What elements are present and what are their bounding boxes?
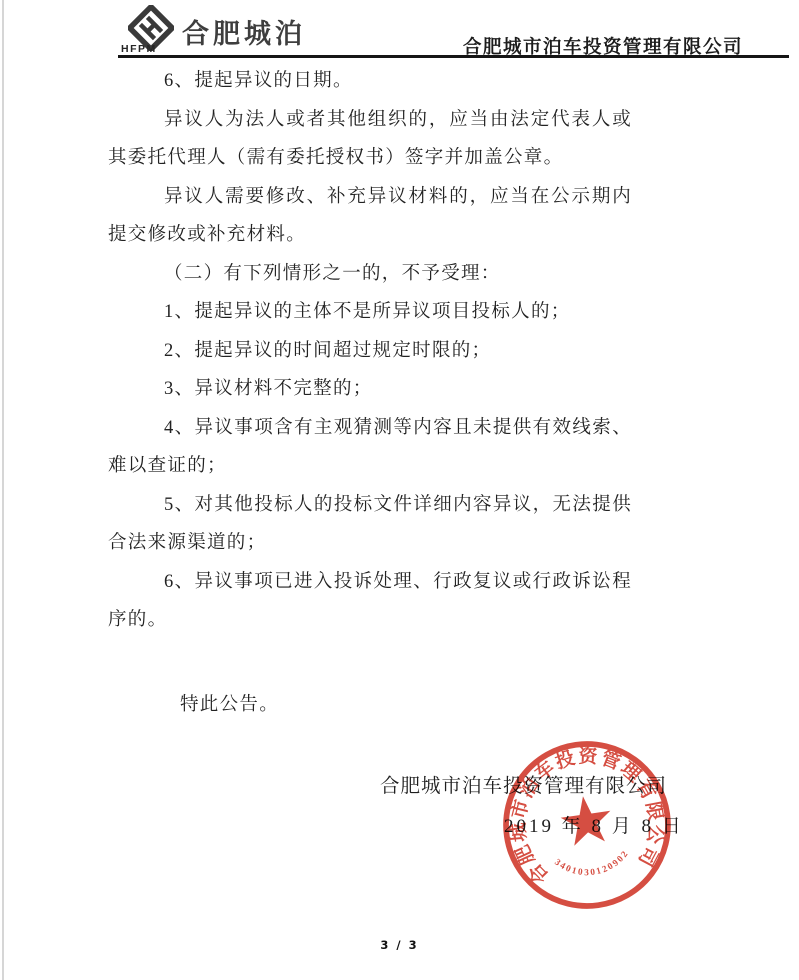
- closing-statement: 特此公告。: [108, 686, 632, 725]
- signature-date: 2019 年 8 月 8 日: [504, 811, 684, 838]
- letterhead-rule: [118, 55, 789, 58]
- paragraph: （二）有下列情形之一的，不予受理：: [108, 255, 632, 294]
- paragraph: 3、异议材料不完整的；: [108, 370, 632, 409]
- scanned-document-page: 合肥城泊 HFPM 合肥城市泊车投资管理有限公司 6、提起异议的日期。 异议人为…: [0, 0, 799, 980]
- paragraph: 6、异议事项已进入投诉处理、行政复议或行政诉讼程序的。: [108, 563, 632, 640]
- page-number: 3 / 3: [380, 938, 418, 952]
- paragraph: 6、提起异议的日期。: [108, 62, 632, 101]
- logo-brand-text: 合肥城泊: [182, 12, 306, 51]
- letterhead: 合肥城泊 HFPM 合肥城市泊车投资管理有限公司: [0, 0, 799, 60]
- paragraph: 5、对其他投标人的投标文件详细内容异议，无法提供合法来源渠道的；: [108, 486, 632, 563]
- paragraph: 异议人为法人或者其他组织的，应当由法定代表人或其委托代理人（需有委托授权书）签字…: [108, 101, 632, 178]
- seal-code-text: 3401030120902: [552, 847, 633, 882]
- paragraph: 4、异议事项含有主观猜测等内容且未提供有效线索、难以查证的；: [108, 409, 632, 486]
- logo-abbr-text: HFPM: [121, 43, 157, 55]
- paragraph: 异议人需要修改、补充异议材料的，应当在公示期内提交修改或补充材料。: [108, 178, 632, 255]
- paragraph: 1、提起异议的主体不是所异议项目投标人的；: [108, 293, 632, 332]
- document-body: 6、提起异议的日期。 异议人为法人或者其他组织的，应当由法定代表人或其委托代理人…: [108, 62, 632, 724]
- scan-edge-artifact: [2, 0, 4, 980]
- paragraph: 2、提起异议的时间超过规定时限的；: [108, 332, 632, 371]
- signature-company-name: 合肥城市泊车投资管理有限公司: [380, 770, 667, 798]
